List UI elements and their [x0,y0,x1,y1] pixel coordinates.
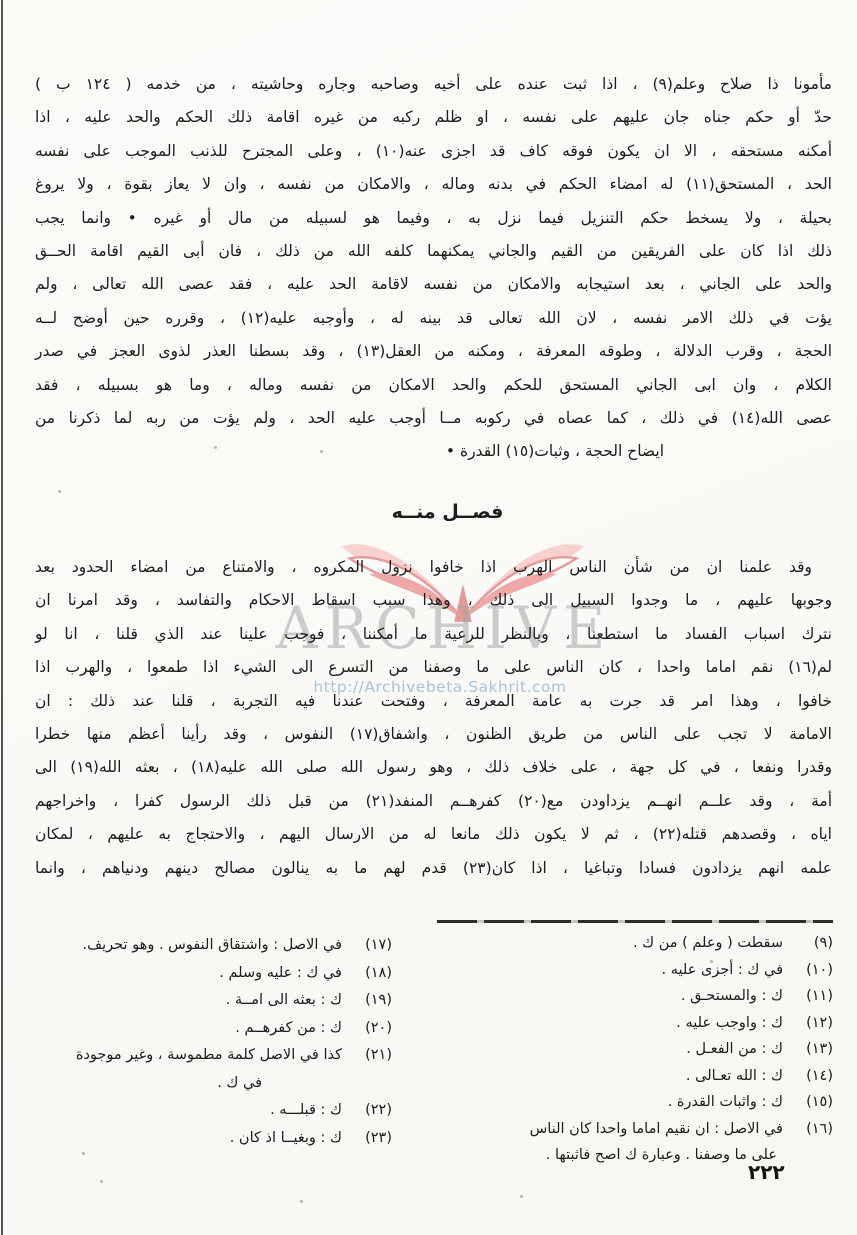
footnote-number: (١٦) [783,1116,833,1143]
footnote-item: (١٥) ك : واثبات القدرة . [437,1089,833,1116]
footnote-text: ك : بعثه الى امــة . [35,987,342,1015]
footnote-continuation: في ك . [35,1070,392,1098]
footnote-item: (١٨) في ك : عليه وسلم . [35,960,392,988]
footnote-number: (١٥) [783,1089,833,1116]
footnote-text: ك : واثبات القدرة . [437,1089,783,1116]
scan-speckle [82,1152,85,1155]
text-line: الحجة ، وقرب الدلالة ، وطوقه المعرفة ، و… [35,335,832,368]
footnote-item: (١٣) ك : من الفعـل . [437,1036,833,1063]
scanned-book-page: ARCHIVE http://Archivebeta.Sakhrit.com م… [0,0,857,1235]
text-line: أمكنه مستحقه ، الا ان يكون فوقه كاف قد ا… [35,135,832,168]
footnote-text: ك : قبلـــه . [35,1097,342,1125]
footnote-item: (٩) سقطت ( وعلم ) من ك . [437,930,833,957]
footnote-text: في ك : عليه وسلم . [35,960,342,988]
footnotes-right-column: (٩) سقطت ( وعلم ) من ك . (١٠) في ك : أجز… [437,930,833,1169]
footnote-text: ك : واوجب عليه . [437,1010,783,1037]
scan-left-edge [1,0,3,1235]
footnote-item: (١٠) في ك : أجزى عليه . [437,957,833,984]
scan-speckle [520,1195,523,1198]
footnote-number: (١٩) [342,987,392,1015]
footnote-number: (٢١) [342,1042,392,1070]
footnotes-left-column: (١٧) في الاصل : واشتقاق النفوس . وهو تحر… [35,932,392,1152]
text-line: مأمونا ذا صلاح وعلم(٩) ، اذا ثبت عنده عل… [35,68,832,101]
text-line: وقدرا ونفعا ، في كل جهة ، على خلاف ذلك ،… [35,751,832,784]
main-text-block: مأمونا ذا صلاح وعلم(٩) ، اذا ثبت عنده عل… [35,68,832,885]
text-line: ذلك اذا كان على الفريقين من القيم والجان… [35,235,832,268]
footnote-item: (٢١) كذا في الاصل كلمة مطموسة ، وغير موج… [35,1042,392,1070]
footnote-item: (١٤) ك : الله تعـالى . [437,1063,833,1090]
section-heading: فصــل منــه [49,499,846,525]
text-line: وجوبها عليهم ، ما وجدوا السبيل الى ذلك ،… [35,584,832,617]
footnote-number: (٢٣) [342,1125,392,1153]
text-line: حدّ أو حكم جناه جان عليهم على نفسه ، او … [35,101,832,134]
footnote-item: (٢٢) ك : قبلـــه . [35,1097,392,1125]
footnote-item: (١٦) في الاصل : ان نقيم اماما واحدا كان … [437,1116,833,1143]
footnote-text: ك : من الفعـل . [437,1036,783,1063]
footnote-number: (٩) [783,930,833,957]
text-line: علمه انهم يزدادون فسادا وتباغيا ، اذا كا… [35,852,832,885]
footnote-number: (٢٢) [342,1097,392,1125]
footnote-item: (٢٠) ك : من كفرهــم . [35,1015,392,1043]
footnote-text: كذا في الاصل كلمة مطموسة ، وغير موجودة [35,1042,342,1070]
footnote-text: في الاصل : واشتقاق النفوس . وهو تحريف. [35,932,342,960]
footnote-item: (١٧) في الاصل : واشتقاق النفوس . وهو تحر… [35,932,392,960]
footnote-number: (١٨) [342,960,392,988]
footnote-number: (١٢) [783,1010,833,1037]
scan-speckle [300,1200,303,1203]
text-line: عصى الله(١٤) في ذلك ، كما عصاه في ركوبه … [35,402,832,435]
footnote-item: (١٢) ك : واوجب عليه . [437,1010,833,1037]
footnote-number: (١٠) [783,957,833,984]
footnote-text: ك : والمستحـق . [437,983,783,1010]
text-line: بحيلة ، ولا يسخط حكم التنزيل فيما نزل به… [35,202,832,235]
footnote-text: في الاصل : ان نقيم اماما واحدا كان الناس [437,1116,783,1143]
paragraph-2: وقد علمنا ان من شأن الناس الهرب اذا خافو… [35,551,832,885]
footnote-text: سقطت ( وعلم ) من ك . [437,930,783,957]
page-number: ٢٢٢ [748,1160,785,1184]
text-line: يؤت في ذلك الامر نفسه ، لان الله تعالى ق… [35,302,832,335]
footnote-text: ك : وبغيــا اذ كان . [35,1125,342,1153]
footnote-number: (١٧) [342,932,392,960]
text-line: والحد على الجاني ، بعد استيجابه والامكان… [35,268,832,301]
footnote-text: في ك : أجزى عليه . [437,957,783,984]
footnote-number: (١٣) [783,1036,833,1063]
paragraph-1: مأمونا ذا صلاح وعلم(٩) ، اذا ثبت عنده عل… [35,68,832,469]
footnote-item: (١١) ك : والمستحـق . [437,983,833,1010]
footnote-text: ك : من كفرهــم . [35,1015,342,1043]
text-line: نترك اسباب الفساد ما استطعنا ، وبالنظر ل… [35,618,832,651]
text-line: الحد ، المستحق(١١) له امضاء الحكم في بدن… [35,168,832,201]
text-line: اياه ، وقصدهم قتله(٢٢) ، ثم لا يكون ذلك … [35,818,832,851]
scan-speckle [100,1180,103,1183]
footnote-number: (١٤) [783,1063,833,1090]
text-line: وقد علمنا ان من شأن الناس الهرب اذا خافو… [35,551,832,584]
footnote-text: ك : الله تعـالى . [437,1063,783,1090]
text-line: أمة ، وقد علــم انهــم يزداودن مع(٢٠) كف… [35,785,832,818]
footnote-separator [437,920,833,923]
text-line: خافوا ، وهذا امر قد جرت به عامة المعرفة … [35,685,832,718]
text-line: ايضاح الحجة ، وثبات(١٥) القدرة • [35,435,832,468]
footnote-item: (٢٣) ك : وبغيــا اذ كان . [35,1125,392,1153]
text-line: الكلام ، وان ابى الجاني المستحق للحكم وا… [35,369,832,402]
text-line: لم(١٦) نقم اماما واحدا ، كان الناس على م… [35,651,832,684]
text-line: الامامة لا تجب على الناس من طريق الظنون … [35,718,832,751]
footnote-item: (١٩) ك : بعثه الى امــة . [35,987,392,1015]
footnote-number: (٢٠) [342,1015,392,1043]
footnote-number: (١١) [783,983,833,1010]
